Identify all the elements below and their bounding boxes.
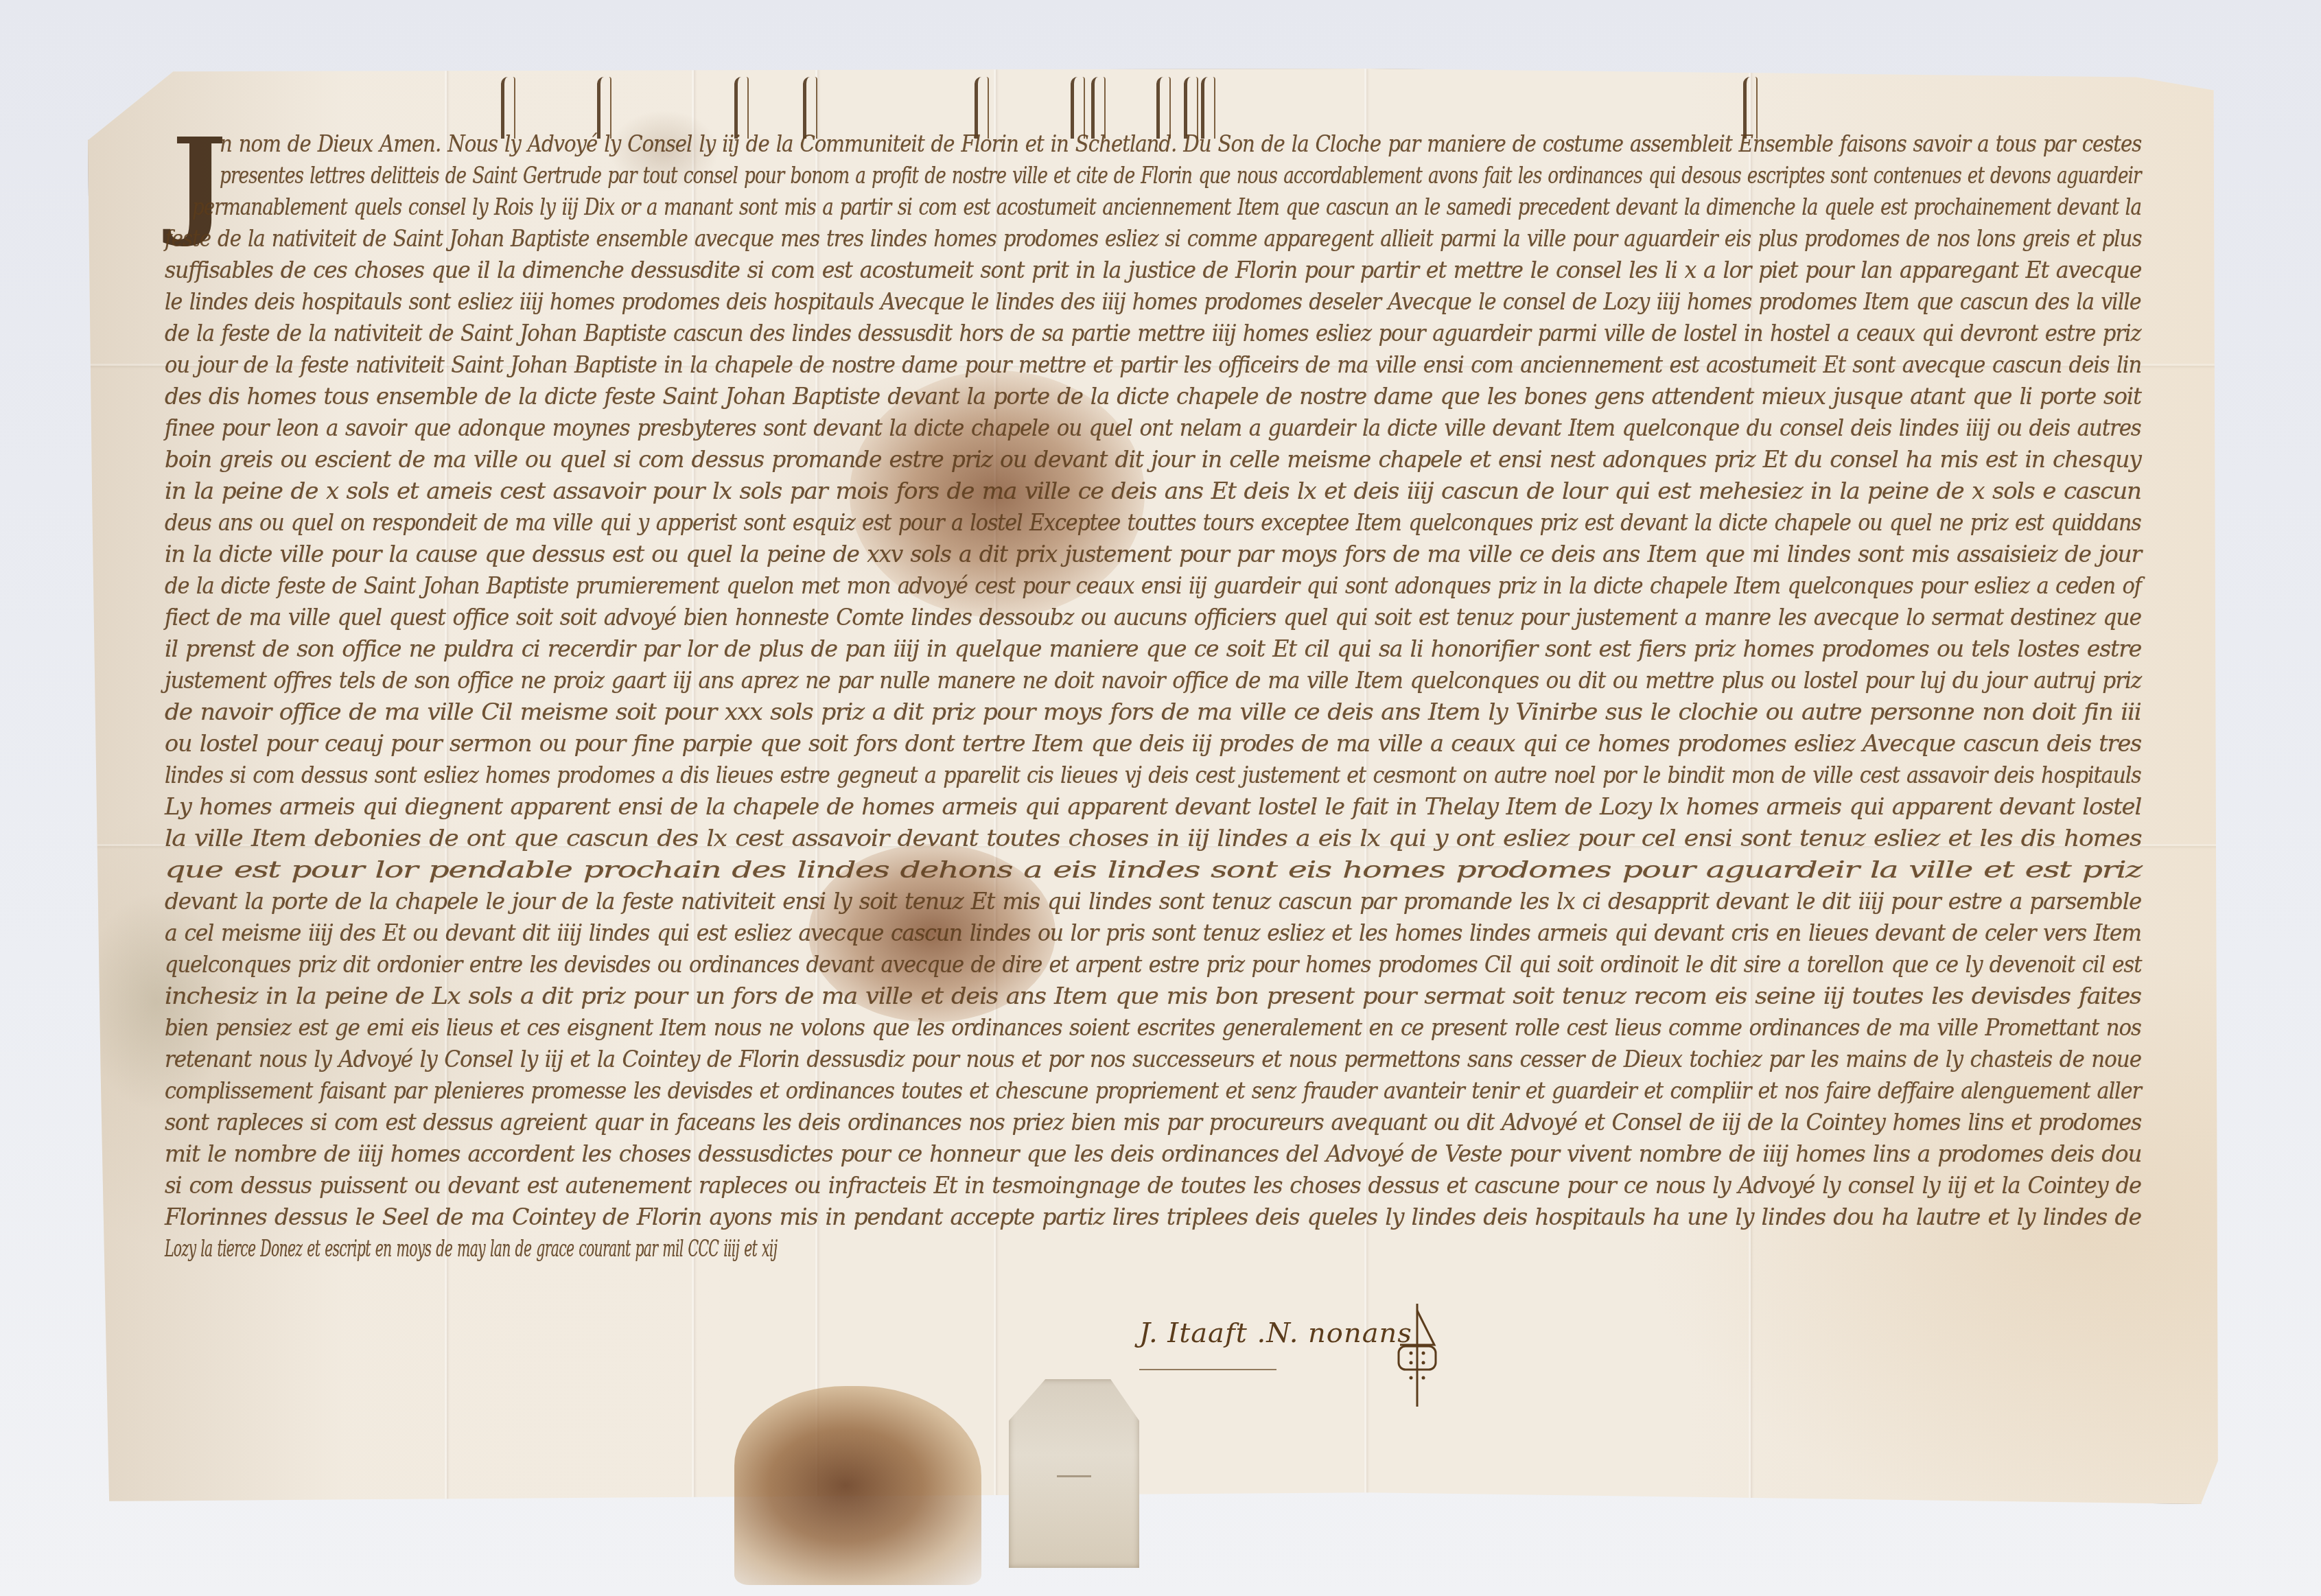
text-line: lindes si com dessus sont esliez homes p… [165,762,2141,788]
text-line: ou jour de la feste nativiteit Saint Joh… [165,351,2141,378]
text-line: a cel meisme iiij des Et ou devant dit i… [165,919,2141,946]
text-line: justement offres tels de son office ne p… [165,667,2141,694]
text-line: ou lostel pour ceauj pour sermon ou pour… [165,730,2141,757]
text-line: bien pensiez est ge emi eis lieus et ces… [165,1014,2141,1041]
text-line: in la dicte ville pour la cause que dess… [165,541,2141,567]
text-line: presentes lettres delitteis de Saint Ger… [220,162,2141,189]
text-line: devant la porte de la chapele le jour de… [165,888,2141,915]
text-line: suffisables de ces choses que il la dime… [165,257,2141,283]
text-line: retenant nous ly Advoyé ly Consel ly iij… [165,1046,2141,1072]
notarial-underline [1139,1369,1276,1370]
text-line: des dis homes tous ensemble de la dicte … [165,383,2141,410]
seal-tag-slit [1057,1475,1091,1477]
notarial-subscription: J. Itaaft .N. nonans [1139,1317,1412,1349]
first-line-ascenders [165,77,1949,139]
text-line: n nom de Dieux Amen. Nous ly Advoyé ly C… [220,130,2141,157]
text-line: finee pour leon a savoir que adonque moy… [165,414,2141,441]
text-line: complissement faisant par plenieres prom… [165,1077,2141,1104]
text-line: que est pour lor pendable prochain des l… [165,856,2141,883]
text-line: il prenst de son office ne puldra ci rec… [165,635,2141,662]
text-line: Ly homes armeis qui diegnent apparent en… [165,793,2141,820]
text-line: le lindes deis hospitauls sont esliez ii… [165,288,2141,315]
text-line: permanablement quels consel ly Rois ly i… [192,193,2141,220]
wax-seal-remnant [734,1386,981,1585]
text-line: in la peine de x sols et ameis cest assa… [165,478,2141,504]
text-line: la ville Item debonies de ont que cascun… [165,825,2141,852]
text-line: de la dicte feste de Saint Johan Baptist… [165,572,2141,599]
text-line: de la feste de la nativiteit de Saint Jo… [165,320,2141,347]
seal-tag [1009,1379,1139,1568]
decorated-initial: J [172,124,226,240]
text-line: Lozy la tierce Donez et escript en moys … [165,1235,777,1262]
notary-signum-icon [1393,1304,1441,1407]
text-line: de navoir office de ma ville Cil meisme … [165,699,2141,725]
text-line: deus ans ou quel on respondeit de ma vil… [165,509,2141,536]
text-line: Florinnes dessus le Seel de ma Cointey d… [165,1204,2141,1230]
text-line: sont rapleces si com est dessus agreient… [165,1109,2141,1136]
text-line: si com dessus puissent ou devant est aut… [165,1172,2141,1199]
text-line: inchesiz in la peine de Lx sols a dit pr… [165,983,2141,1009]
text-line: fiect de ma ville quel quest office soit… [165,604,2141,631]
text-line: quelconques priz dit ordonier entre les … [165,951,2141,978]
text-line: feste de la nativiteit de Saint Johan Ba… [165,225,2141,252]
text-line: boin greis ou escient de ma ville ou que… [165,446,2141,473]
text-line: mit le nombre de iiij homes accordent le… [165,1140,2141,1167]
